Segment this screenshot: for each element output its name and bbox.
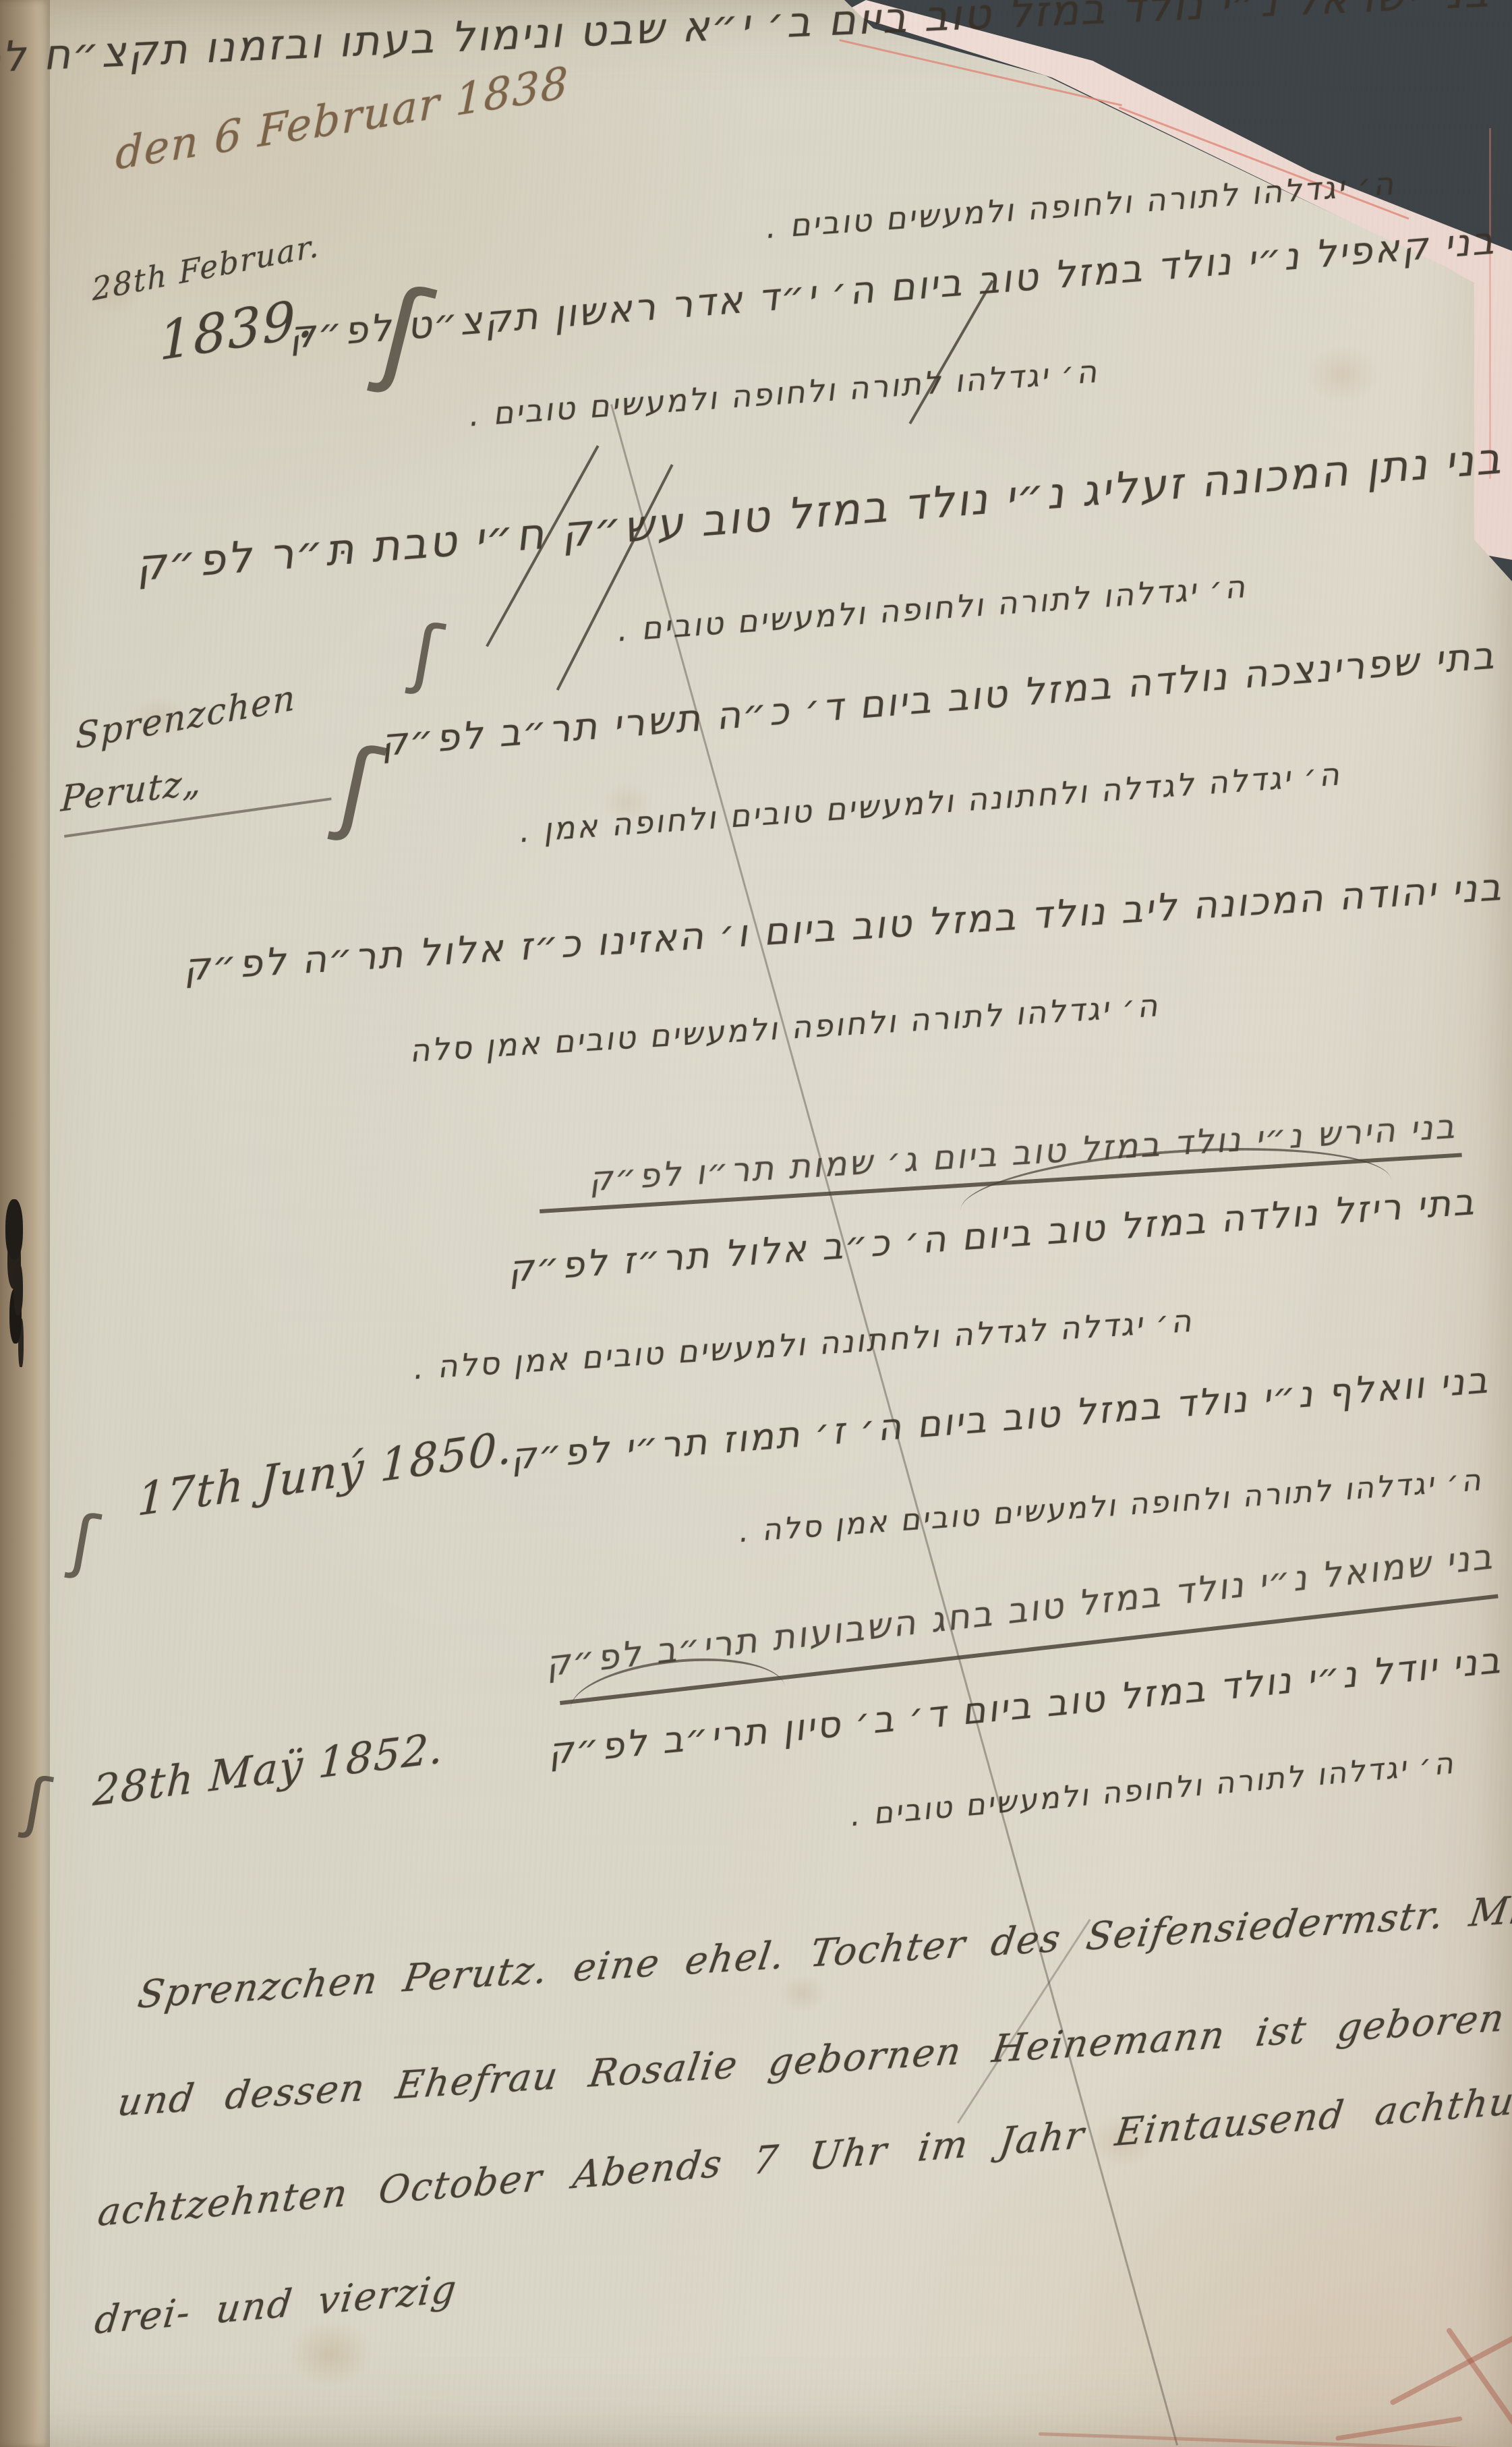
ink-blot (5, 1199, 23, 1260)
red-edge-line-vertical (1489, 128, 1491, 479)
photo-of-register-page: בני ישראל נ״י נולד במזל טוב ביום ב׳ י״א … (0, 0, 1512, 2447)
